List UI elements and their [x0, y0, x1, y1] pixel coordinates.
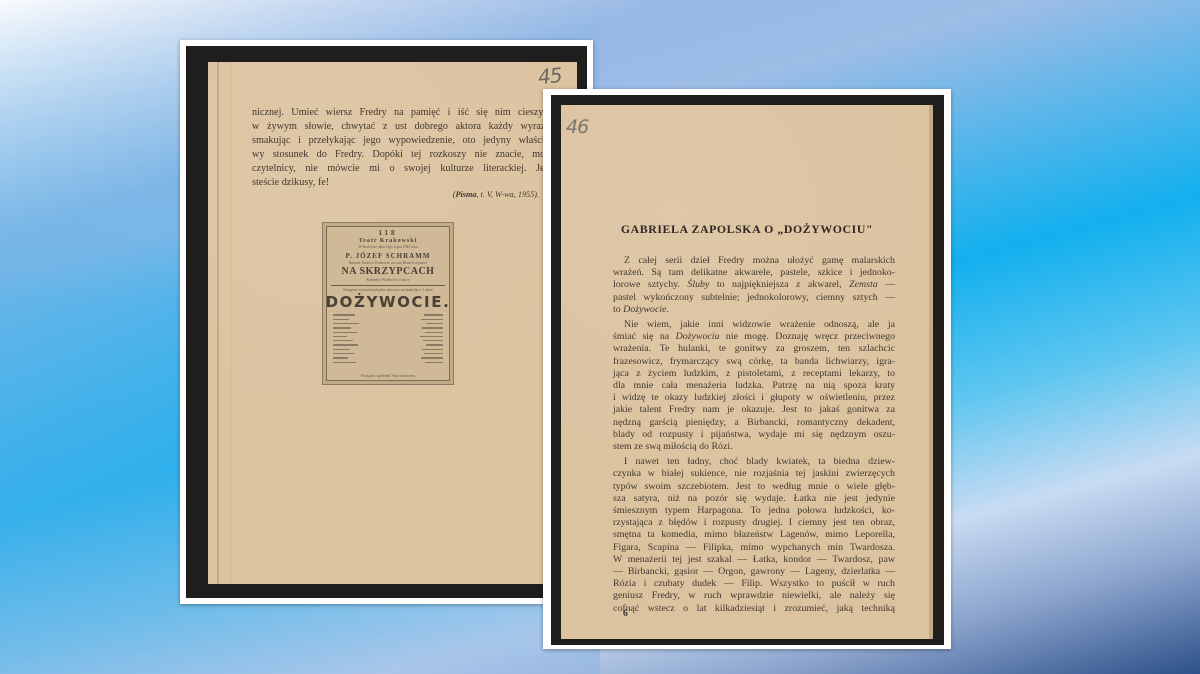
theatre-poster-image: 118 Teatr Krakowski W Krakowie, dnia 18g…	[322, 222, 454, 385]
text-line: śmiesznym typem Harpagona. To jedna poło…	[613, 505, 895, 517]
text-line: czynka w białej sukience, nie rozjaśnia …	[613, 468, 895, 480]
citation: (Pisma, t. V, W-wa, 1955).	[453, 190, 539, 199]
poster-cast-column	[333, 314, 359, 363]
poster-cast-entry	[333, 353, 354, 354]
poster-play-1: NA SKRZYPCACH	[323, 266, 453, 277]
poster-cast-entry	[425, 362, 444, 363]
poster-cast-entry	[425, 332, 443, 333]
text-line: nicznej. Umieć wiersz Fredry na pamięć i…	[252, 106, 548, 120]
poster-cast-entry	[333, 327, 351, 328]
poster-cast-column	[420, 314, 443, 363]
text-line: sza satyra, niż na pozór się wydaje. Łat…	[613, 493, 895, 505]
poster-cast-entry	[424, 353, 444, 354]
poster-cast-entry	[333, 332, 357, 333]
text-line: stem ze swą miłością do Rózi.	[613, 441, 895, 453]
right-page-frame: 46 GABRIELA ZAPOLSKA O „DOŻYWOCIU" Z cał…	[543, 89, 951, 649]
text-line: smętna ta komedia, mimo błazeństw Lagenó…	[613, 529, 895, 541]
text-line: śmiać się na Dożywociu nie mogę. Doznaję…	[613, 331, 895, 343]
poster-cast-entry	[420, 336, 443, 337]
page-folio: 6	[623, 609, 628, 619]
text-line: — Birbancki, gąsior — Orgon, gawrony — L…	[613, 566, 895, 578]
article-body: Z całej serii dzieł Fredry można ułożyć …	[613, 255, 895, 615]
poster-divider	[331, 285, 445, 286]
poster-cast-entry	[421, 319, 443, 320]
poster-author: P. JÓZEF SCHRAMM	[323, 252, 453, 260]
poster-theatre: Teatr Krakowski	[323, 238, 453, 244]
text-line: Nie wiem, jakie inni widzowie wrażenie o…	[613, 319, 895, 331]
text-line: W menażerii tej jest szakal — Łatka, kon…	[613, 554, 895, 566]
text-line: typów swoim szczebiotem. Jest to według …	[613, 481, 895, 493]
text-line: rzystająca z błędów i rozpusty drugiej. …	[613, 517, 895, 529]
text-line: pastel wykończony subtelnie; jednokoloro…	[613, 292, 895, 304]
poster-cast-entry	[333, 319, 349, 320]
text-line: cofnąć wstecz o lat kilkadziesiąt i zroz…	[613, 603, 895, 615]
poster-cast-entry	[426, 344, 444, 345]
article-title: GABRIELA ZAPOLSKA O „DOŻYWOCIU"	[561, 222, 933, 237]
text-line: lorowe sztychy. Śluby to najpiękniejsza …	[613, 279, 895, 291]
text-line: Figara, Scapina — Filipka, mimo wypchany…	[613, 542, 895, 554]
poster-cast-entry	[333, 349, 350, 350]
poster-subtitle: Reżyser Teatru w Krakowie, na swój Benef…	[331, 261, 445, 266]
poster-cast-entry	[421, 357, 444, 358]
text-line: nędzną garścią pieniędzy, a Birbancki, r…	[613, 417, 895, 429]
poster-cast-entry	[333, 336, 347, 337]
article-paragraph: I nawet ten ładny, choć blady kwiatek, t…	[613, 456, 895, 615]
right-page-paper: 46 GABRIELA ZAPOLSKA O „DOŻYWOCIU" Z cał…	[561, 105, 933, 639]
text-line: Rózia i czubaty dudek — Filip. Wszystko …	[613, 578, 895, 590]
poster-play-1-note: Komedyo-Wodewil w 1 akcie	[331, 278, 445, 283]
page-edge	[929, 105, 933, 639]
left-page-paper: 45 nicznej. Umieć wiersz Fredry na pamię…	[208, 62, 577, 584]
text-line: I nawet ten ładny, choć blady kwiatek, t…	[613, 456, 895, 468]
poster-play-2: DOŻYWOCIE.	[323, 293, 453, 311]
poster-footer: Początek o godzinie 7mej wieczorem	[331, 374, 445, 378]
poster-cast-entry	[422, 349, 444, 350]
text-line: smakując i przełykając jego wypowiedzeni…	[252, 134, 548, 148]
page-fold-line	[230, 62, 231, 584]
text-line: wrażenia. Te hulanki, te gonitwy za gros…	[613, 343, 895, 355]
right-page-scan: 46 GABRIELA ZAPOLSKA O „DOŻYWOCIU" Z cał…	[551, 95, 944, 645]
text-line: to Dożywocie.	[613, 304, 895, 316]
citation-work: Pisma	[456, 190, 477, 199]
article-paragraph: Nie wiem, jakie inni widzowie wrażenie o…	[613, 319, 895, 453]
poster-cast-entry	[333, 323, 359, 324]
poster-cast-entry	[333, 314, 355, 315]
handwritten-page-number: 45	[536, 63, 562, 89]
poster-cast-entry	[426, 323, 443, 324]
text-line: jakie talent Fredry nam je okazuje. Jest…	[613, 404, 895, 416]
text-line: dla mnie cała menażeria ludzka. Patrzę n…	[613, 380, 895, 392]
left-page-scan: 45 nicznej. Umieć wiersz Fredry na pamię…	[186, 46, 587, 598]
poster-cast-entry	[333, 344, 358, 345]
text-line: wrażeń. Są tam delikatne akwarele, paste…	[613, 267, 895, 279]
text-line: w żywym słowie, chwytać z ust dobrego ak…	[252, 120, 548, 134]
poster-cast-entry	[333, 340, 353, 341]
poster-number: 118	[323, 229, 453, 237]
text-line: czytelnicy, nie mówcie mi o swojej kultu…	[252, 162, 548, 176]
text-line: i widzę te okazy ludzkiej złości i głupo…	[613, 392, 895, 404]
text-line: wy stosunek do Fredry. Dopóki tej rozkos…	[252, 148, 548, 162]
poster-cast-entry	[333, 362, 356, 363]
page-fold-line	[217, 62, 219, 584]
text-line: blady od rozpusty i pijaństwa, wydaje mi…	[613, 429, 895, 441]
text-line: geniusz Fredry, w ruch wprawdzie niewiel…	[613, 590, 895, 602]
poster-cast-entry	[333, 357, 348, 358]
text-line: steście dzikusy, fe!	[252, 176, 548, 190]
text-line: jąca z życiem ludzkim, z pistoletami, z …	[613, 368, 895, 380]
poster-date: W Krakowie, dnia 18go Lipca 1843 roku	[331, 245, 445, 250]
handwritten-page-number: 46	[566, 116, 588, 138]
left-page-text: nicznej. Umieć wiersz Fredry na pamięć i…	[252, 106, 548, 189]
text-line: Z całej serii dzieł Fredry można ułożyć …	[613, 255, 895, 267]
poster-cast-entry	[423, 340, 443, 341]
poster-cast-entry	[422, 327, 443, 328]
article-paragraph: Z całej serii dzieł Fredry można ułożyć …	[613, 255, 895, 316]
poster-program-note: Następnie wystawioną będzie pierwszy raz…	[331, 288, 445, 293]
poster-cast-entry	[424, 314, 443, 315]
citation-rest: , t. V, W-wa, 1955).	[476, 190, 539, 199]
text-line: frazesowicz, frymarczący swą córkę, ta b…	[613, 356, 895, 368]
poster-cast-list	[333, 314, 443, 363]
left-page-frame: 45 nicznej. Umieć wiersz Fredry na pamię…	[180, 40, 593, 604]
